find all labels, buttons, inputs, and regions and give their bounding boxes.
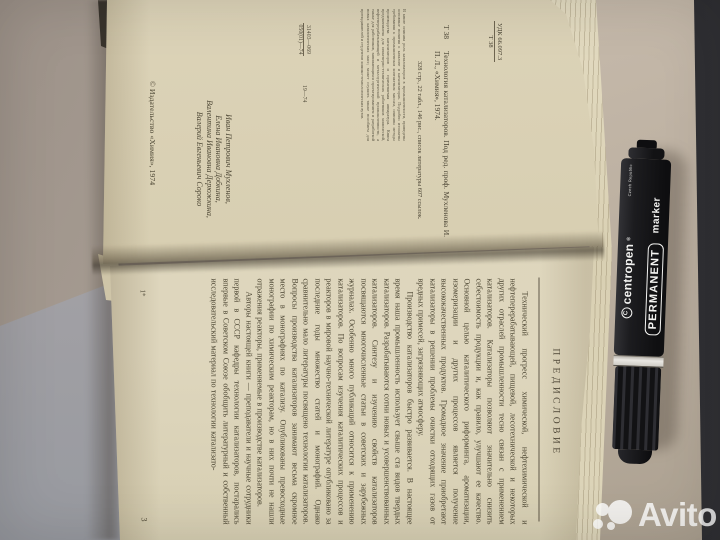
avito-dot <box>607 522 615 530</box>
avito-dot <box>596 503 609 516</box>
marker-cap <box>612 366 661 451</box>
avito-logo-icon <box>588 497 630 533</box>
registered-mark: ® <box>626 236 632 240</box>
marker-type-label: marker <box>650 197 662 234</box>
marker-barrel: C centropen ® PERMANENT marker Czech Rep… <box>614 158 672 357</box>
centropen-logo-icon: C <box>621 307 632 318</box>
marker-brand: C centropen ® <box>619 236 636 318</box>
avito-dot <box>593 519 603 529</box>
marker-print: C centropen ® PERMANENT marker Czech Rep… <box>614 158 672 358</box>
avito-watermark: Avito <box>588 496 717 534</box>
marker-permanent-label: PERMANENT <box>645 243 665 336</box>
avito-wordmark: Avito <box>638 496 717 534</box>
marker-brand-name: centropen <box>620 243 636 304</box>
marker-cap-tip <box>618 449 653 464</box>
marker-origin-label: Czech Republic <box>627 164 633 196</box>
photo-open-book-with-marker: УДК 66.097.3 Т 38 Т 38 Технология катали… <box>0 0 720 540</box>
avito-dot <box>608 500 632 524</box>
